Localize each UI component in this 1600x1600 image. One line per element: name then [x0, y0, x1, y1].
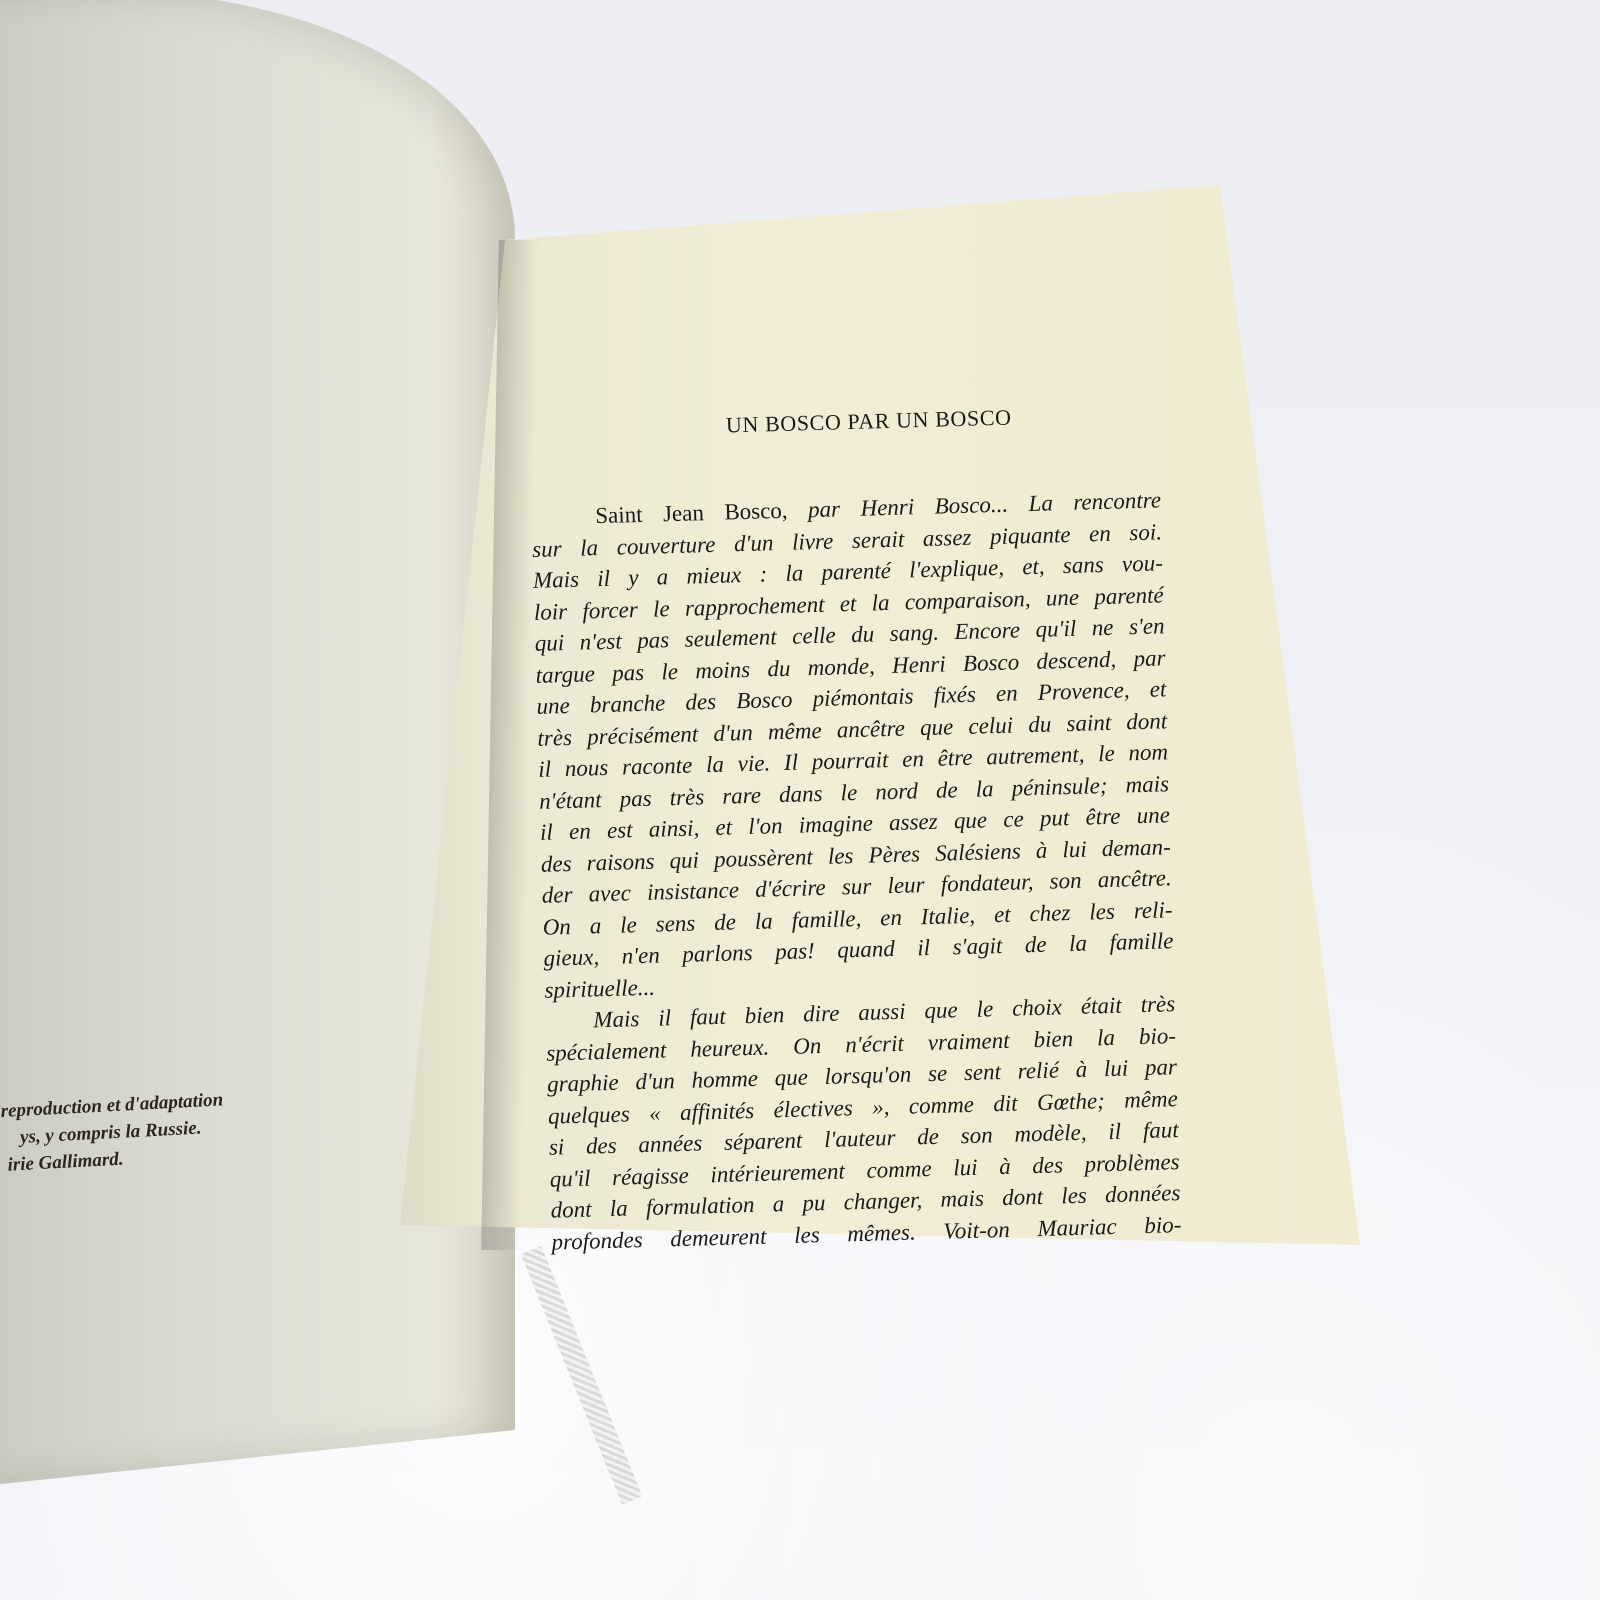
left-page [0, 0, 515, 1488]
page-title: UN BOSCO PAR UN BOSCO [578, 400, 1158, 442]
lead-text: Saint Jean Bosco, [595, 498, 788, 528]
page-text: UN BOSCO PAR UN BOSCO Saint Jean Bosco, … [528, 382, 1182, 1257]
copyright-imprint: reproduction et d'adaptation ys, y compr… [0, 1081, 324, 1179]
